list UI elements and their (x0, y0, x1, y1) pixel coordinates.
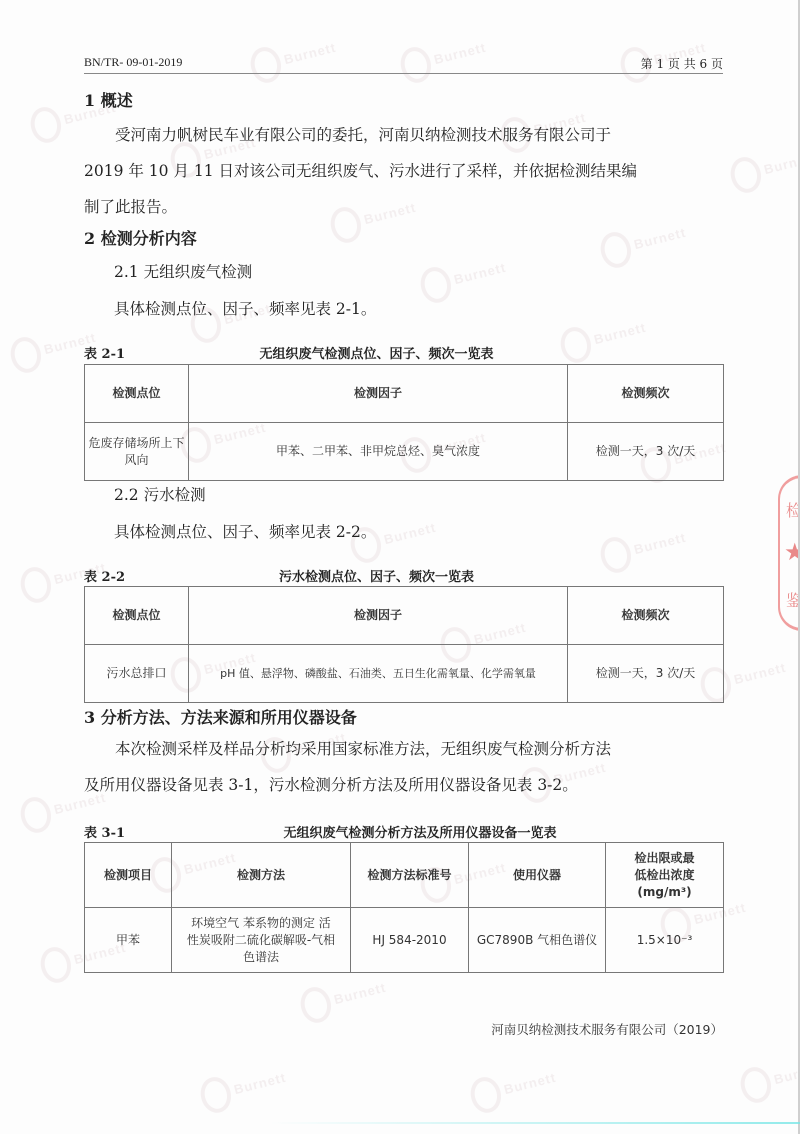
table-3-1-title: 无组织废气检测分析方法及所用仪器设备一览表 (170, 822, 670, 841)
table-row: 污水总排口 pH 值、悬浮物、磷酸盐、石油类、五日生化需氧量、化学需氧量 检测一… (85, 645, 724, 703)
table-cell: 危废存储场所上下风向 (85, 423, 189, 481)
watermark: Burnett (557, 310, 650, 366)
table-2-2: 检测点位 检测因子 检测频次 污水总排口 pH 值、悬浮物、磷酸盐、石油类、五日… (84, 586, 724, 703)
section-1-paragraph: 受河南力帆树民车业有限公司的委托，河南贝纳检测技术服务有限公司于 2019 年 … (84, 117, 724, 225)
paragraph-line: 制了此报告。 (84, 189, 724, 225)
watermark: Burnett (727, 140, 800, 196)
scan-artifact (270, 1122, 800, 1124)
watermark: Burnett (397, 30, 490, 86)
table-2-2-title: 污水检测点位、因子、频次一览表 (187, 566, 566, 585)
table-2-1-title: 无组织废气检测点位、因子、频次一览表 (187, 343, 566, 362)
section-1-title: 1 概述 (84, 88, 133, 111)
table-header-row: 检测点位 检测因子 检测频次 (85, 365, 724, 423)
column-header: 检测因子 (189, 365, 568, 423)
table-cell: 检测一天，3 次/天 (568, 423, 724, 481)
watermark: Burnett (737, 1050, 800, 1106)
column-header: 检测频次 (568, 365, 724, 423)
seal-stamp: 检 ★ 鉴 (778, 475, 800, 631)
column-header: 检测方法 (172, 843, 351, 908)
paragraph-line: 本次检测采样及样品分析均采用国家标准方法，无组织废气检测分析方法 (84, 731, 724, 767)
table-row: 甲苯 环境空气 苯系物的测定 活性炭吸附二硫化碳解吸-气相色谱法 HJ 584-… (85, 908, 724, 973)
table-header-row: 检测点位 检测因子 检测频次 (85, 587, 724, 645)
table-cell: 甲苯、二甲苯、非甲烷总烃、臭气浓度 (189, 423, 568, 481)
table-2-1-number: 表 2-1 (84, 343, 125, 362)
method-text: 环境空气 苯系物的测定 活性炭吸附二硫化碳解吸-气相色谱法 (186, 915, 336, 966)
watermark: Burnett (467, 1060, 560, 1116)
watermark: Burnett (597, 520, 690, 576)
section-2-title: 2 检测分析内容 (84, 226, 197, 249)
subsection-2-1-title: 2.1 无组织废气检测 (114, 260, 252, 282)
subsection-2-2-title: 2.2 污水检测 (114, 483, 206, 505)
column-header: 检测点位 (85, 365, 189, 423)
paragraph-line: 及所用仪器设备见表 3-1，污水检测分析方法及所用仪器设备见表 3-2。 (84, 767, 724, 803)
table-cell: 1.5×10⁻³ (606, 908, 724, 973)
column-header: 检出限或最低检出浓度 (mg/m³) (606, 843, 724, 908)
table-3-1-number: 表 3-1 (84, 822, 125, 841)
watermark: Burnett (297, 970, 390, 1026)
column-header: 检测项目 (85, 843, 172, 908)
table-cell: pH 值、悬浮物、磷酸盐、石油类、五日生化需氧量、化学需氧量 (189, 645, 568, 703)
watermark: Burnett (247, 30, 340, 86)
column-header: 使用仪器 (469, 843, 606, 908)
column-header: 检测频次 (568, 587, 724, 645)
table-cell: HJ 584-2010 (351, 908, 469, 973)
subsection-2-2-text: 具体检测点位、因子、频率见表 2-2。 (114, 520, 376, 542)
table-row: 危废存储场所上下风向 甲苯、二甲苯、非甲烷总烃、臭气浓度 检测一天，3 次/天 (85, 423, 724, 481)
table-2-1: 检测点位 检测因子 检测频次 危废存储场所上下风向 甲苯、二甲苯、非甲烷总烃、臭… (84, 364, 724, 481)
table-2-2-number: 表 2-2 (84, 566, 125, 585)
section-3-title: 3 分析方法、方法来源和所用仪器设备 (84, 705, 357, 728)
table-cell: GC7890B 气相色谱仪 (469, 908, 606, 973)
page-info: 第 1 页 共 6 页 (641, 55, 723, 72)
report-number: BN/TR- 09-01-2019 (84, 55, 182, 70)
column-header-label: 检出限或最低检出浓度 (630, 850, 700, 884)
table-3-1: 检测项目 检测方法 检测方法标准号 使用仪器 检出限或最低检出浓度 (mg/m³… (84, 842, 724, 973)
column-header: 检测方法标准号 (351, 843, 469, 908)
paragraph-line: 2019 年 10 月 11 日对该公司无组织废气、污水进行了采样，并依据检测结… (84, 153, 724, 189)
table-cell: 检测一天，3 次/天 (568, 645, 724, 703)
header-divider (84, 73, 723, 74)
column-header: 检测因子 (189, 587, 568, 645)
watermark: Burnett (417, 250, 510, 306)
table-cell: 甲苯 (85, 908, 172, 973)
table-cell: 污水总排口 (85, 645, 189, 703)
watermark: Burnett (197, 1060, 290, 1116)
subsection-2-1-text: 具体检测点位、因子、频率见表 2-1。 (114, 297, 376, 319)
footer-company: 河南贝纳检测技术服务有限公司（2019） (491, 1020, 723, 1038)
section-3-paragraph: 本次检测采样及样品分析均采用国家标准方法，无组织废气检测分析方法 及所用仪器设备… (84, 731, 724, 803)
column-header-unit: (mg/m³) (609, 884, 720, 901)
table-header-row: 检测项目 检测方法 检测方法标准号 使用仪器 检出限或最低检出浓度 (mg/m³… (85, 843, 724, 908)
paragraph-line: 受河南力帆树民车业有限公司的委托，河南贝纳检测技术服务有限公司于 (84, 117, 724, 153)
column-header: 检测点位 (85, 587, 189, 645)
table-cell: 环境空气 苯系物的测定 活性炭吸附二硫化碳解吸-气相色谱法 (172, 908, 351, 973)
